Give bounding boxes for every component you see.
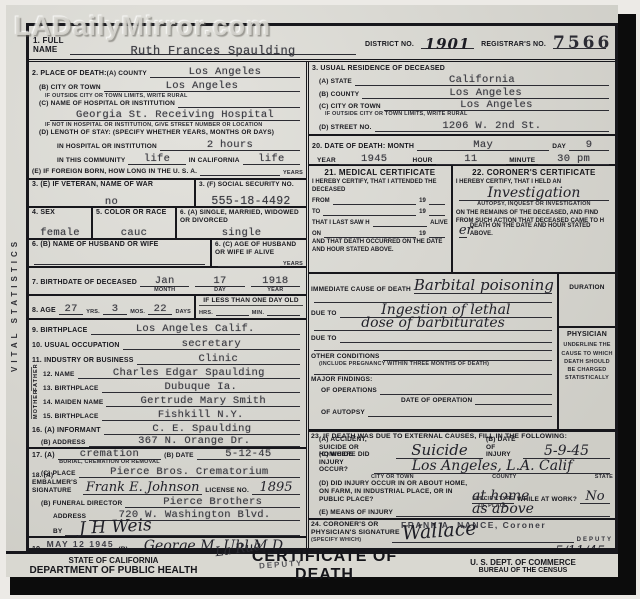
spouse-age-label: 6. (C) AGE OF HUSBAND OR WIFE IF ALIVE [215, 241, 303, 257]
field-means-of-injury: (E) MEANS OF INJURY as above [311, 502, 613, 517]
birthplace-label: 9. BIRTHPLACE [32, 327, 88, 335]
stay-california-label: IN CALIFORNIA [189, 157, 240, 165]
physician-label: PHYSICIAN [561, 331, 613, 339]
sig-label-1: 24. CORONER'S OR [311, 521, 389, 529]
foreign-years-label: YEARS [283, 170, 303, 176]
death-year-value: 1945 [361, 153, 387, 165]
mother-birth-label: 15. BIRTHPLACE [43, 413, 99, 421]
sex-value: female [40, 227, 80, 239]
from-19: 19 [419, 197, 426, 205]
physician-note: UNDERLINE THE CAUSE TO WHICH DEATH SHOUL… [561, 341, 613, 382]
date-filed-stamp: MAY 12 1945 [47, 539, 115, 548]
birth-year-value: 1918 [262, 275, 288, 287]
ssn-value: 555-18-4492 [211, 195, 290, 208]
hrs-label: HRS. [199, 310, 213, 316]
field-due-to-2: DUE TO [311, 331, 555, 343]
section-place-of-death: 2. PLACE OF DEATH: (A) COUNTY Los Angele… [29, 62, 306, 180]
day-sub: DAY [195, 287, 244, 293]
field-immediate-cause: IMMEDIATE CAUSE OF DEATH Barbital poison… [311, 276, 555, 294]
section-veteran-ssn: 3. (E) IF VETERAN, NAME OF WAR no 3. (F)… [29, 180, 306, 208]
to-19: 19 [419, 208, 426, 216]
birth-month-value: Jan [155, 275, 175, 287]
other-label: OTHER CONDITIONS [311, 353, 380, 361]
veteran-value: no [105, 196, 118, 208]
full-name-label: 1. FULL NAME [33, 36, 67, 55]
marital-label: 6. (A) SINGLE, MARRIED, WIDOWED OR DIVOR… [180, 209, 303, 225]
filed-label: 19. [32, 546, 42, 548]
duration-physician-column: DURATION PHYSICIAN UNDERLINE THE CAUSE T… [557, 274, 615, 429]
one-day-label: IF LESS THAN ONE DAY OLD [199, 297, 303, 306]
medical-title: 21. MEDICAL CERTIFICATE [312, 168, 448, 177]
alive-label: ALIVE [430, 219, 448, 227]
registrar-no-value: 7566 [553, 33, 612, 53]
medical-line2: AND THAT DEATH OCCURRED ON THE DATE AND … [312, 238, 448, 254]
section-coroner-signature: 24. CORONER'S OR PHYSICIAN'S SIGNATURE (… [309, 520, 615, 548]
race-value: cauc [121, 227, 147, 239]
registrar-no-label: REGISTRAR'S NO. [481, 41, 546, 49]
veteran-label: 3. (E) IF VETERAN, NAME OF WAR [32, 181, 191, 189]
last-saw-label: THAT I LAST SAW H [312, 219, 370, 227]
vertical-margin-text: VITAL STATISTICS [10, 145, 19, 465]
mother-name-label: 14. MAIDEN NAME [43, 399, 103, 407]
coroner-signature: Wallace [401, 517, 477, 544]
spouse-age-years-label: YEARS [283, 261, 303, 267]
days-label: DAYS [175, 309, 191, 315]
place-of-death-title: 2. PLACE OF DEATH: [32, 70, 107, 78]
section-sex-race-marital: 4. SEX female 5. COLOR OR RACE cauc 6. (… [29, 208, 306, 240]
on-label: ON [312, 230, 321, 238]
coroner-line3: DEATH ON THE DATE AND HOUR STATED ABOVE. [470, 222, 612, 238]
cause-value: Barbital poisoning [414, 276, 554, 294]
left-column: 2. PLACE OF DEATH: (A) COUNTY Los Angele… [29, 62, 306, 548]
disposal-label: 17. (A) [32, 452, 55, 460]
where-value: Los Angeles, L.A. Calif [412, 458, 573, 474]
father-label: FATHER [31, 367, 39, 391]
full-name-value: Ruth Frances Spaulding [130, 44, 295, 58]
section-spouse: 6. (B) NAME OF HUSBAND OR WIFE 6. (C) AG… [29, 240, 306, 268]
filed-b-label: (B) [118, 546, 128, 548]
stay-california-value: life [258, 153, 284, 165]
age-years-value: 27 [64, 303, 77, 315]
field-major-findings: MAJOR FINDINGS: [311, 375, 555, 384]
from-label: FROM [312, 197, 330, 205]
res-street-value: 1206 W. 2nd St. [442, 120, 541, 132]
spouse-label: 6. (B) NAME OF HUSBAND OR WIFE [32, 241, 207, 249]
res-state-label: (A) STATE [319, 78, 352, 86]
scanned-death-certificate: LADailyMirror.com VITAL STATISTICS 1. FU… [0, 0, 640, 599]
autopsy-label: OF AUTOPSY [321, 409, 365, 417]
sig-date-value: 5/11/45 [555, 544, 605, 548]
where-label: (C) WHERE DID INJURY OCCUR? [319, 451, 371, 474]
operation-date-label: DATE OF OPERATION [401, 397, 472, 405]
race-label: 5. COLOR OR RACE [96, 209, 172, 217]
field-date-filed: 19. MAY 12 1945 DATE FILED (B) George M.… [29, 538, 306, 548]
means-value: as above [472, 501, 534, 517]
field-where-injury: (C) WHERE DID INJURY OCCUR? Los Angeles,… [311, 459, 613, 474]
death-year-label: YEAR [317, 157, 336, 165]
mos-label: MOS. [130, 309, 145, 315]
father-birth-label: 13. BIRTHPLACE [43, 385, 99, 393]
medical-certificate: 21. MEDICAL CERTIFICATE I HEREBY CERTIFY… [309, 166, 453, 272]
field-full-name: 1. FULL NAME Ruth Frances Spaulding [29, 26, 363, 59]
birth-day-value: 17 [213, 275, 226, 287]
section-residence: 3. USUAL RESIDENCE OF DECEASED (A) STATE… [309, 62, 615, 136]
birthdate-label: 7. BIRTHDATE OF DECEASED [32, 279, 137, 287]
death-min-value: 30 pm [557, 153, 590, 165]
occupation-label: 10. USUAL OCCUPATION [32, 342, 120, 350]
due2-label: DUE TO [311, 335, 337, 343]
footer-band: STATE OF CALIFORNIA DEPARTMENT OF PUBLIC… [6, 551, 618, 577]
city-value: Los Angeles [166, 80, 239, 92]
yrs-label: YRS. [86, 309, 100, 315]
min-label: MIN. [252, 310, 264, 316]
res-county-label: (B) COUNTY [319, 91, 359, 99]
header-row: 1. FULL NAME Ruth Frances Spaulding DIST… [29, 26, 615, 62]
year-sub: YEAR [251, 287, 300, 293]
to-label: TO [312, 208, 320, 216]
death-min-label: MINUTE [509, 157, 535, 165]
stay-community-value: life [144, 153, 170, 165]
district-no-value: 1901 [425, 35, 471, 53]
on-19: 19 [419, 230, 426, 238]
major-label: MAJOR FINDINGS: [311, 376, 373, 384]
right-column: 3. USUAL RESIDENCE OF DECEASED (A) STATE… [306, 62, 615, 548]
certificate-paper: LADailyMirror.com VITAL STATISTICS 1. FU… [6, 5, 618, 577]
res-city-value: Los Angeles [460, 99, 533, 111]
marital-value: single [222, 227, 262, 239]
footer-commerce: U. S. DEPT. OF COMMERCE [428, 558, 618, 567]
section-date-of-death: 20. DATE OF DEATH: MONTH May DAY 9 YEAR … [309, 136, 615, 166]
embalmer-label: 18. (A) EMBALMER'S SIGNATURE [32, 472, 80, 495]
res-street-label: (D) STREET NO. [319, 124, 372, 132]
month-sub: MONTH [140, 287, 189, 293]
footer-census: BUREAU OF THE CENSUS [428, 567, 618, 574]
section-birthdate: 7. BIRTHDATE OF DECEASED Jan MONTH 17 DA… [29, 268, 306, 296]
foreign-born-label: (E) IF FOREIGN BORN, HOW LONG IN THE U. … [32, 168, 197, 176]
header-numbers: DISTRICT NO. 1901 REGISTRAR'S NO. 7566 [363, 26, 615, 59]
death-hour-label: HOUR [413, 157, 433, 165]
father-name-label: 12. NAME [43, 371, 75, 379]
coroner-her-value: er [459, 223, 473, 238]
means-label: (E) MEANS OF INJURY [319, 509, 393, 517]
city-label: (B) CITY OR TOWN [39, 84, 101, 92]
stay-community-label: IN THIS COMMUNITY [57, 157, 125, 165]
cause-label: IMMEDIATE CAUSE OF DEATH [311, 286, 411, 294]
coroner-note: AUTOPSY, INQUEST OR INVESTIGATION [456, 201, 612, 207]
due1-value-line2: dose of barbiturates [361, 315, 505, 331]
sig-label-2: PHYSICIAN'S SIGNATURE [311, 529, 389, 537]
age-label: 8. AGE [32, 307, 56, 315]
footer-state: STATE OF CALIFORNIA [6, 556, 221, 565]
medical-line1: I HEREBY CERTIFY, THAT I ATTENDED THE DE… [312, 178, 448, 194]
duration-label: DURATION [569, 284, 604, 291]
mother-label: MOTHER [31, 395, 39, 419]
coroner-certificate: 22. CORONER'S CERTIFICATE I HEREBY CERTI… [453, 166, 615, 272]
field-other-conditions: OTHER CONDITIONS [311, 351, 555, 361]
sex-label: 4. SEX [32, 209, 88, 217]
hospital-value: Georgia St. Receiving Hospital [76, 109, 274, 121]
res-city-label: (C) CITY OR TOWN [319, 103, 381, 111]
operations-label: OF OPERATIONS [321, 387, 377, 395]
coroner-title: 22. CORONER'S CERTIFICATE [456, 168, 612, 177]
cause-of-death-block: IMMEDIATE CAUSE OF DEATH Barbital poison… [309, 274, 615, 432]
death-hour-value: 11 [464, 153, 477, 165]
certificate-form: 1. FULL NAME Ruth Frances Spaulding DIST… [26, 23, 618, 551]
section-external-causes: 23. IF DEATH WAS DUE TO EXTERNAL CAUSES,… [309, 432, 615, 520]
coroner-action-value: Investigation [487, 185, 580, 201]
district-no-label: DISTRICT NO. [365, 41, 414, 49]
certificates-row: 21. MEDICAL CERTIFICATE I HEREBY CERTIFY… [309, 166, 615, 274]
age-days-value: 22 [154, 303, 167, 315]
footer-dept: DEPARTMENT OF PUBLIC HEALTH [6, 565, 221, 576]
age-months-value: 3 [112, 303, 119, 315]
ssn-label: 3. (F) SOCIAL SECURITY NO. [199, 181, 303, 189]
